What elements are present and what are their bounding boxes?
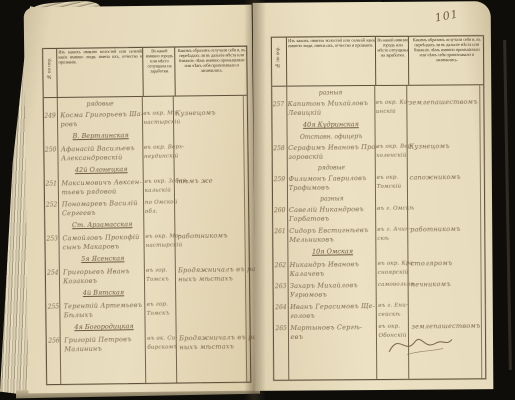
entry-number: 263: [275, 282, 287, 291]
entry-name: Пономаревъ ВасилійСергеевъ: [62, 199, 138, 218]
entry-number: 258: [273, 144, 285, 153]
entry-number: 264: [275, 303, 287, 312]
entry-destination: въ гор.Томскъ: [147, 301, 170, 319]
entry-occupation: работникомъ: [410, 225, 460, 235]
entry-name: Капитонъ МихайловъЛевицкій: [288, 99, 369, 118]
book-gutter-shadow: [244, 0, 266, 400]
entry-row: 260Савелій НикандровъГорбатовъвъ г. Омск…: [273, 204, 484, 228]
entry-occupation: Кузнецомъ: [409, 142, 450, 151]
left-table-body: рядовые249Косма Григорьевъ Ша-ровъвъ окр…: [44, 96, 250, 384]
entry-destination: въ г. Ени-сейскѣ: [378, 302, 408, 320]
entry-row: 249Косма Григорьевъ Ша-ровъвъ окр. Мо-на…: [43, 108, 246, 133]
entry-name: Савелій НикандровъГорбатовъ: [289, 205, 364, 224]
entry-name: Косма Григорьевъ Ша-ровъ: [60, 110, 143, 129]
entry-name: Никандръ ИвановъКалачевъ: [290, 260, 360, 279]
entry-row: 254Григорьевъ ИванъКозаковъвъ гор.Томскъ…: [46, 265, 249, 290]
entry-number: 249: [44, 111, 56, 120]
entry-number: 256: [48, 336, 60, 345]
entry-occupation: сапожникомъ: [410, 173, 461, 183]
header-cell-no: № по пор.: [43, 49, 58, 97]
header-cell-manner: Какимъ образомъ отлучали себя и, въ пере…: [409, 36, 484, 85]
entry-name: Афанасій ВасильевъАлександровскій: [61, 144, 135, 163]
entry-row: 253Самойловъ Прокофійсынъ Макаровъвъ окр…: [45, 231, 248, 256]
entry-name: Григорьевъ ИванъКозаковъ: [63, 267, 130, 286]
col-names-header: Изъ какихъ имянно волостей или селеній к…: [286, 37, 376, 49]
entry-occupation: Кузнецомъ: [175, 109, 216, 119]
entry-row: 250Афанасій ВасильевъАлександровскійвъ о…: [44, 142, 247, 167]
entry-destination: въ ок. Си-бирскомъ: [147, 334, 178, 353]
header-cell-no: № по пор.: [272, 38, 287, 86]
entry-name: Самойловъ Прокофійсынъ Макаровъ: [62, 233, 139, 252]
signature-flourish: [385, 327, 455, 361]
entry-number: 261: [274, 227, 286, 236]
entry-number: 259: [274, 175, 286, 184]
col-manner-header: Какимъ образомъ отлучали себя и, въ пере…: [409, 36, 484, 63]
col-no-header: № по пор.: [46, 58, 52, 80]
entry-destination: по Омскойобл.: [145, 198, 178, 217]
entry-number: 251: [45, 179, 57, 188]
entry-occupation: столяромъ: [411, 259, 453, 269]
entry-name: Иванъ Герасимовъ Ще-головъ: [290, 302, 375, 321]
right-page: 101 № по пор. Изъ какихъ имянно волостей…: [253, 1, 494, 391]
left-table-header: № по пор. Изъ какихъ имянно волостей или…: [43, 47, 247, 98]
header-cell-destination: Въ какой имянно городъ или мѣсто отпущен…: [143, 48, 175, 96]
entry-destination: въ гор.Томскъ: [146, 267, 169, 285]
entry-number: 260: [274, 206, 286, 215]
header-cell-names: Изъ какихъ имянно волостей или селеній к…: [57, 48, 144, 97]
right-table-header: № по пор. Изъ какихъ имянно волостей или…: [272, 36, 483, 86]
ledger-book-scan: № по пор. Изъ какихъ имянно волостей или…: [0, 0, 515, 400]
left-register-table: № по пор. Изъ какихъ имянно волостей или…: [42, 46, 251, 385]
entry-number: 265: [275, 324, 287, 333]
entry-number: 252: [46, 200, 58, 209]
left-page: № по пор. Изъ какихъ имянно волостей или…: [24, 5, 257, 394]
entry-occupation: тѣмъ же: [176, 177, 212, 187]
entry-number: 255: [48, 302, 60, 311]
entry-name: Захаръ МихайловъУгрюмовъ: [290, 281, 358, 300]
entry-number: 257: [273, 100, 285, 109]
entry-destination: въ г. Омскѣ: [377, 205, 414, 214]
col-no-header: № по пор.: [275, 46, 281, 68]
entry-row: 252Пономаревъ ВасилійСергеевъпо Омскойоб…: [45, 197, 248, 222]
group-heading: 40я Кудринская: [286, 120, 376, 134]
entry-row: 259Филимонъ ГавриловъТрофимовъвъ окр.Том…: [273, 173, 484, 197]
entry-name: Терентій АртемьевъБѣлыхъ: [64, 301, 143, 320]
entry-row: 256Григорій ПетровъМалининъвъ ок. Си-бир…: [47, 333, 250, 358]
entry-row: 264Иванъ Герасимовъ Ще-головъвъ г. Ени-с…: [274, 301, 485, 325]
entry-destination: самовольно: [378, 281, 414, 290]
entry-name: Сидоръ ЕвстигнѣевъМельниковъ: [289, 226, 368, 245]
entry-occupation: землепашествомъ: [409, 98, 478, 108]
underlying-page-edge: [503, 40, 512, 370]
entry-row: 263Захаръ МихайловъУгрюмовъсамовольнопеч…: [274, 280, 485, 304]
entry-row: 257Капитонъ МихайловъЛевицкійвъ окр. Ка-…: [272, 98, 483, 122]
entry-row: 261Сидоръ ЕвстигнѣевъМельниковъвъ г. Ачи…: [273, 225, 484, 249]
entry-destination: въ окр. Верх-неудинскій: [144, 143, 185, 162]
entry-occupation: печникомъ: [411, 280, 451, 289]
header-cell-destination: Въ какой имянно городъ или мѣсто отпущен…: [376, 37, 409, 85]
col-destination-header: Въ какой имянно городъ или мѣсто отпущен…: [376, 37, 409, 58]
entry-number: 250: [45, 145, 57, 154]
entry-row: 258Серафимъ Ивановъ Про-зоровскійвъ окр.…: [272, 142, 483, 166]
group-heading: 10я Омская: [287, 247, 377, 261]
header-cell-manner: Какимъ образомъ отлучали себя и, въ пере…: [175, 47, 247, 96]
entry-number: 262: [275, 261, 287, 270]
entry-occupation: работникомъ: [177, 232, 227, 242]
entry-name: Филимонъ ГавриловъТрофимовъ: [289, 174, 367, 193]
entry-number: 254: [47, 268, 59, 277]
entry-name: Серафимъ Ивановъ Про-зоровскій: [288, 143, 378, 162]
col-names-header: Изъ какихъ имянно волостей или селеній к…: [57, 48, 143, 65]
entry-row: 262Никандръ ИвановъКалачевъвъ окр. Кра-с…: [274, 259, 485, 283]
entry-name: Мартыновъ Сергѣ-евъ: [290, 323, 362, 342]
entry-number: 253: [46, 234, 58, 243]
folio-number: 101: [434, 7, 460, 24]
col-manner-header: Какимъ образомъ отлучали себя и, въ пере…: [175, 47, 247, 74]
entry-destination: въ окр. Ка-инскій: [376, 99, 410, 117]
entry-name: Максимовичъ Авксен-тьевъ рядовой: [61, 178, 142, 197]
entry-row: 255Терентій АртемьевъБѣлыхъвъ гор.Томскъ: [47, 299, 250, 324]
header-cell-names: Изъ какихъ имянно волостей или селеній к…: [286, 37, 376, 86]
entry-name: Григорій ПетровъМалининъ: [64, 335, 132, 354]
entry-destination: въ окр. Вер-холенскій: [376, 143, 414, 161]
entry-destination: въ г. Ачин-скѣ: [377, 226, 411, 244]
col-destination-header: Въ какой имянно городъ или мѣсто отпущен…: [143, 48, 175, 75]
entry-destination: въ окр.Томскій: [377, 174, 402, 192]
